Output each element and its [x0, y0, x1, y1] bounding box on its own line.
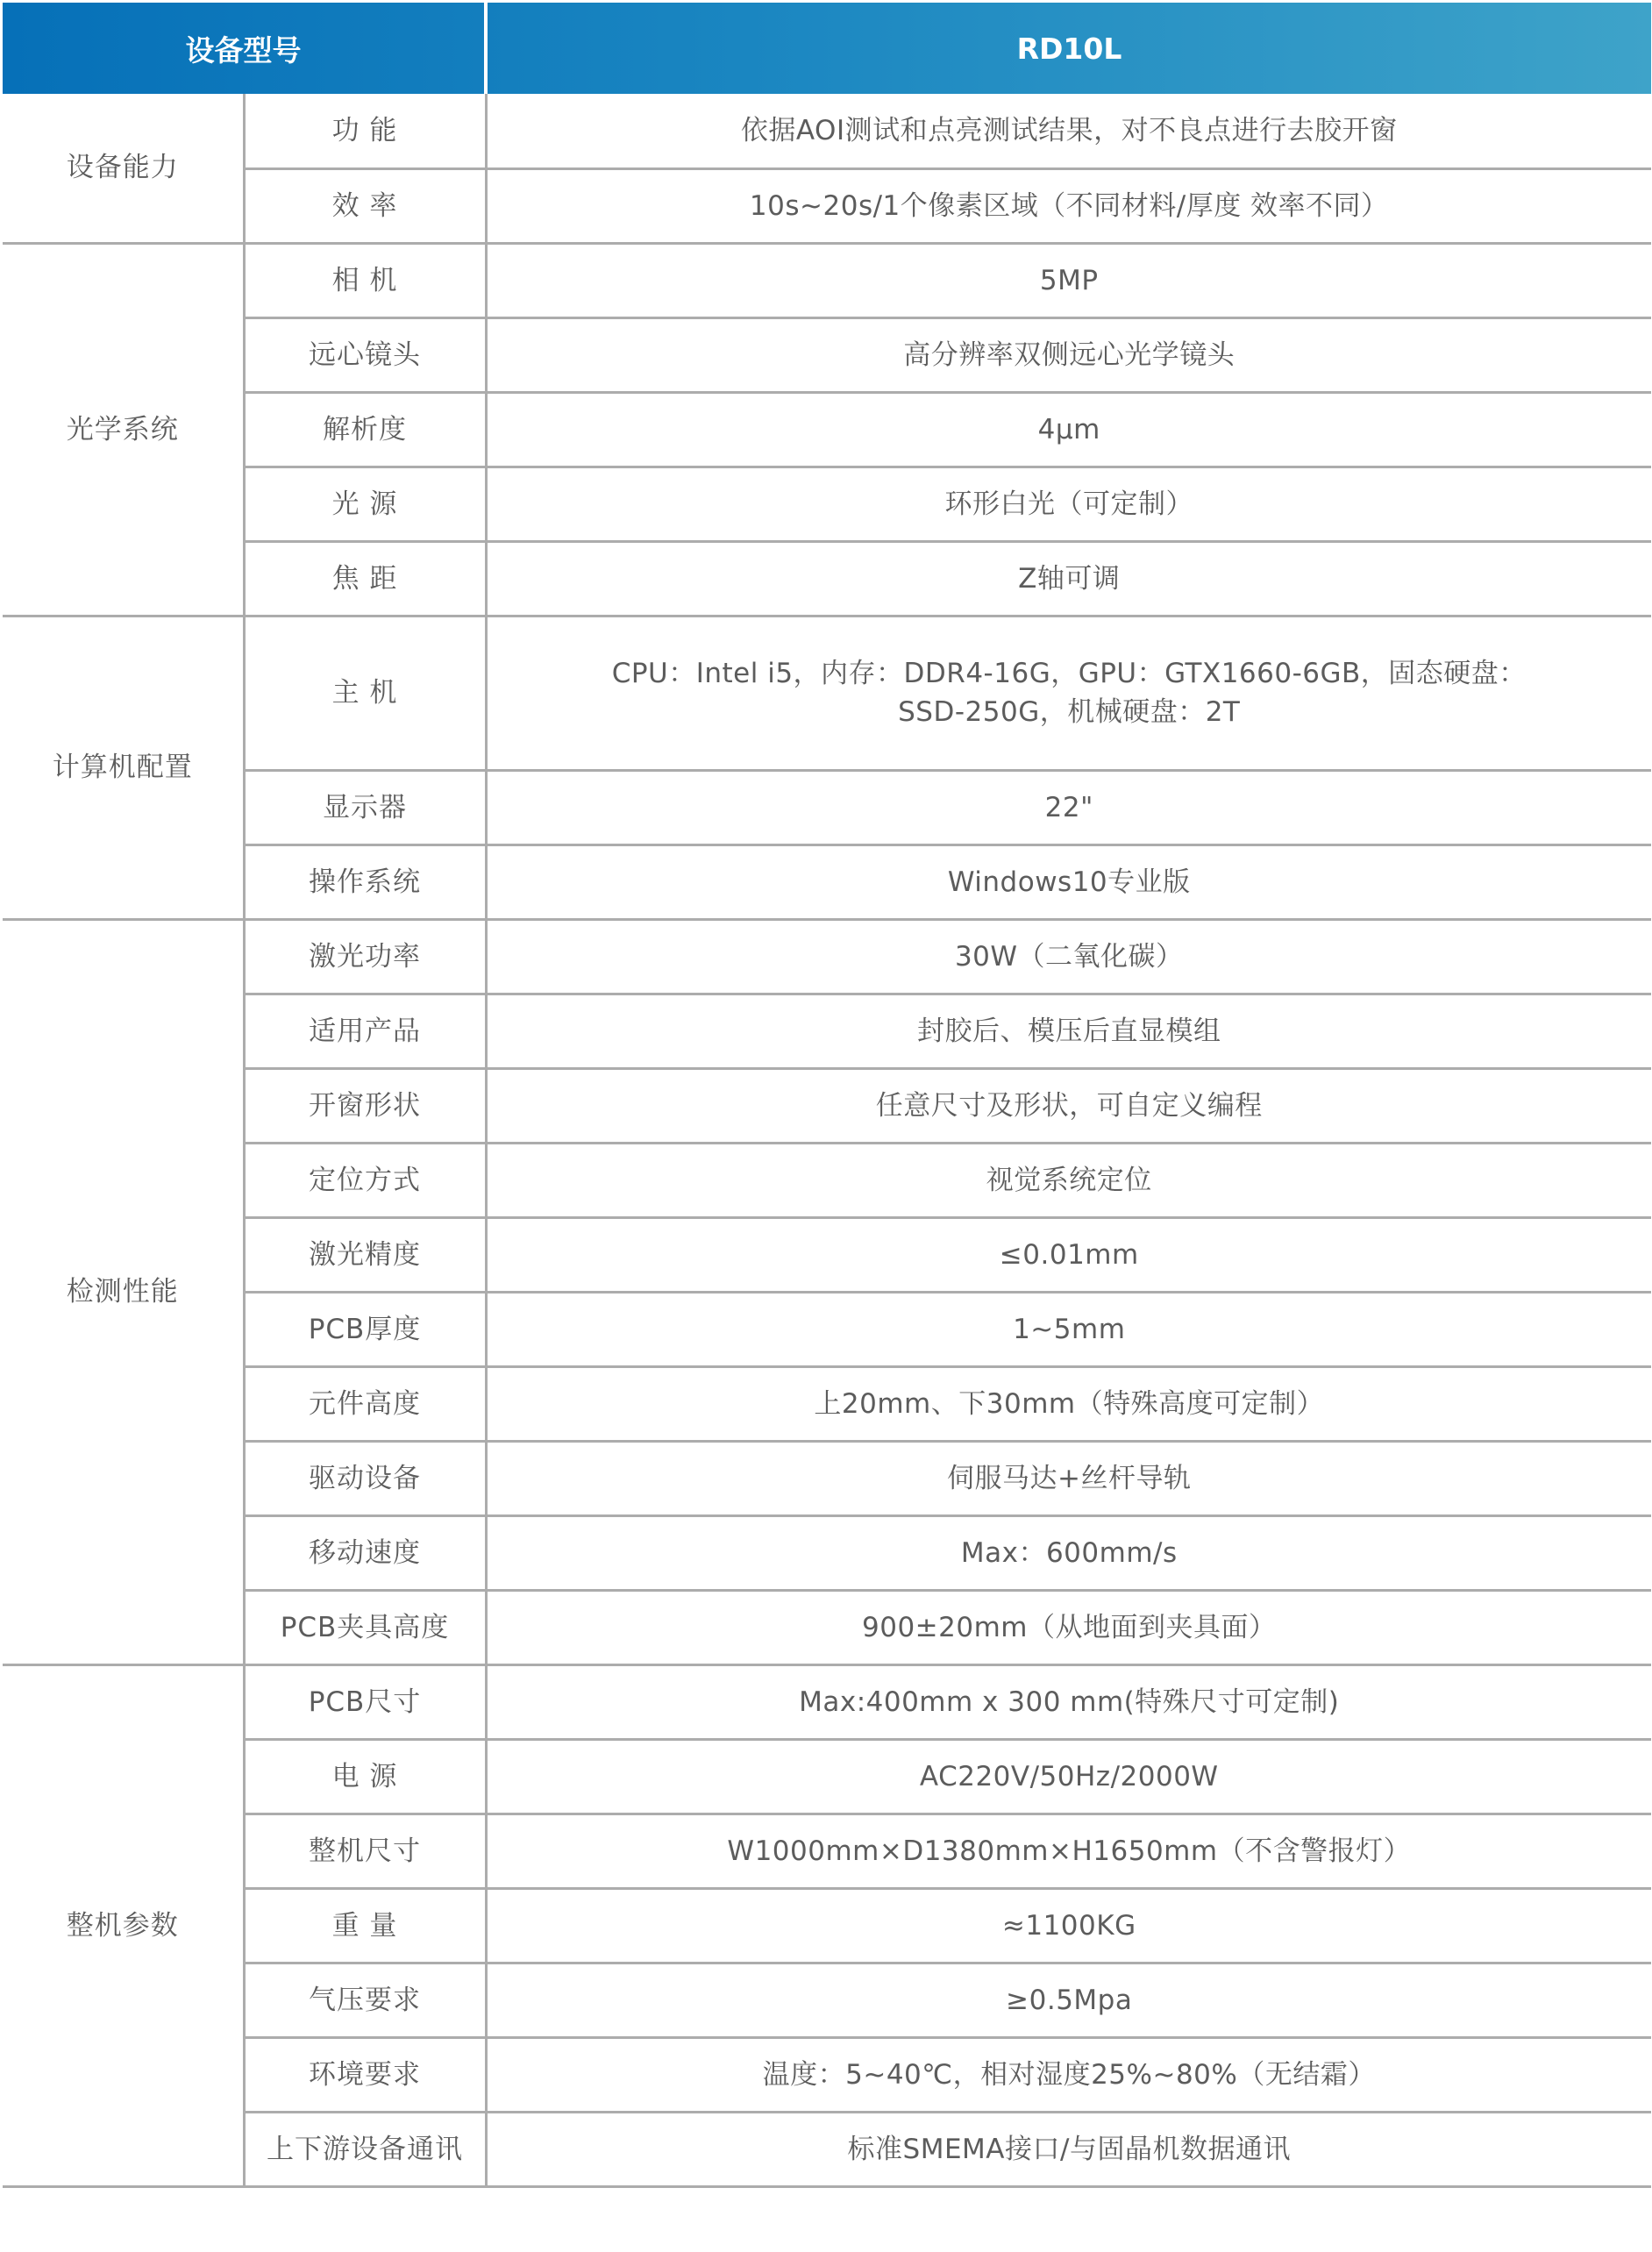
table-row: 元件高度 上20mm、下30mm（特殊高度可定制）	[3, 1366, 1651, 1441]
category-cell: 光学系统	[3, 243, 244, 616]
row-label: 适用产品	[244, 994, 486, 1068]
row-value: ≥0.5Mpa	[486, 1963, 1651, 2037]
table-row: 计算机配置 主 机 CPU：Intel i5，内存：DDR4-16G，GPU：G…	[3, 616, 1651, 770]
category-cell: 检测性能	[3, 919, 244, 1664]
table-row: 检测性能 激光功率 30W（二氧化碳）	[3, 919, 1651, 994]
spec-table: 设备型号 RD10L 设备能力 功 能 依据AOI测试和点亮测试结果，对不良点进…	[3, 3, 1651, 2188]
row-label: 远心镜头	[244, 317, 486, 392]
row-label: 气压要求	[244, 1963, 486, 2037]
row-value: 1~5mm	[486, 1292, 1651, 1366]
table-row: 电 源 AC220V/50Hz/2000W	[3, 1739, 1651, 1814]
row-value: AC220V/50Hz/2000W	[486, 1739, 1651, 1814]
row-value: Max：600mm/s	[486, 1515, 1651, 1590]
row-label: 上下游设备通讯	[244, 2112, 486, 2186]
row-label: PCB尺寸	[244, 1664, 486, 1739]
header-row: 设备型号 RD10L	[3, 3, 1651, 94]
table-row: 适用产品 封胶后、模压后直显模组	[3, 994, 1651, 1068]
table-row: 设备能力 功 能 依据AOI测试和点亮测试结果，对不良点进行去胶开窗	[3, 94, 1651, 168]
row-label: 激光功率	[244, 919, 486, 994]
row-value: 依据AOI测试和点亮测试结果，对不良点进行去胶开窗	[486, 94, 1651, 168]
table-row: 光学系统 相 机 5MP	[3, 243, 1651, 317]
row-label: 效 率	[244, 168, 486, 243]
row-label: 相 机	[244, 243, 486, 317]
row-label: 操作系统	[244, 844, 486, 919]
row-value: Max:400mm x 300 mm(特殊尺寸可定制)	[486, 1664, 1651, 1739]
row-label: 光 源	[244, 467, 486, 541]
table-row: 远心镜头 高分辨率双侧远心光学镜头	[3, 317, 1651, 392]
row-value-line: CPU：Intel i5，内存：DDR4-16G，GPU：GTX1660-6GB…	[505, 654, 1634, 693]
row-value: 4μm	[486, 392, 1651, 467]
table-row: 移动速度 Max：600mm/s	[3, 1515, 1651, 1590]
row-value: Z轴可调	[486, 541, 1651, 616]
row-value: 10s~20s/1个像素区域（不同材料/厚度 效率不同）	[486, 168, 1651, 243]
table-row: 重 量 ≈1100KG	[3, 1888, 1651, 1963]
row-label: PCB厚度	[244, 1292, 486, 1366]
table-row: 环境要求 温度：5~40℃，相对湿度25%~80%（无结霜）	[3, 2037, 1651, 2112]
table-row: 操作系统 Windows10专业版	[3, 844, 1651, 919]
table-row: 上下游设备通讯 标准SMEMA接口/与固晶机数据通讯	[3, 2112, 1651, 2186]
row-label: 环境要求	[244, 2037, 486, 2112]
row-value: 高分辨率双侧远心光学镜头	[486, 317, 1651, 392]
table-row: 驱动设备 伺服马达+丝杆导轨	[3, 1441, 1651, 1515]
row-value: ≈1100KG	[486, 1888, 1651, 1963]
row-label: 元件高度	[244, 1366, 486, 1441]
table-row: 定位方式 视觉系统定位	[3, 1143, 1651, 1217]
row-label: 电 源	[244, 1739, 486, 1814]
row-value: W1000mm×D1380mm×H1650mm（不含警报灯）	[486, 1814, 1651, 1888]
table-row: 效 率 10s~20s/1个像素区域（不同材料/厚度 效率不同）	[3, 168, 1651, 243]
category-cell: 设备能力	[3, 94, 244, 243]
row-value: 5MP	[486, 243, 1651, 317]
row-label: 移动速度	[244, 1515, 486, 1590]
table-row: PCB夹具高度 900±20mm（从地面到夹具面）	[3, 1590, 1651, 1664]
table-row: 整机参数 PCB尺寸 Max:400mm x 300 mm(特殊尺寸可定制)	[3, 1664, 1651, 1739]
table-row: 开窗形状 任意尺寸及形状，可自定义编程	[3, 1068, 1651, 1143]
category-cell: 计算机配置	[3, 616, 244, 919]
header-device-model-label: 设备型号	[3, 3, 486, 94]
table-row: 气压要求 ≥0.5Mpa	[3, 1963, 1651, 2037]
table-row: 激光精度 ≤0.01mm	[3, 1217, 1651, 1292]
row-value: ≤0.01mm	[486, 1217, 1651, 1292]
row-label: PCB夹具高度	[244, 1590, 486, 1664]
row-value: 900±20mm（从地面到夹具面）	[486, 1590, 1651, 1664]
row-label: 激光精度	[244, 1217, 486, 1292]
row-label: 驱动设备	[244, 1441, 486, 1515]
row-value: 伺服马达+丝杆导轨	[486, 1441, 1651, 1515]
table-header: 设备型号 RD10L	[3, 3, 1651, 94]
table-row: PCB厚度 1~5mm	[3, 1292, 1651, 1366]
row-value: 标准SMEMA接口/与固晶机数据通讯	[486, 2112, 1651, 2186]
row-label: 显示器	[244, 770, 486, 844]
row-value: 30W（二氧化碳）	[486, 919, 1651, 994]
row-value: 22"	[486, 770, 1651, 844]
header-model-name: RD10L	[486, 3, 1651, 94]
row-value: 视觉系统定位	[486, 1143, 1651, 1217]
table-row: 光 源 环形白光（可定制）	[3, 467, 1651, 541]
table-row: 焦 距 Z轴可调	[3, 541, 1651, 616]
row-label: 开窗形状	[244, 1068, 486, 1143]
category-cell: 整机参数	[3, 1664, 244, 2186]
row-value: 温度：5~40℃，相对湿度25%~80%（无结霜）	[486, 2037, 1651, 2112]
row-value: 环形白光（可定制）	[486, 467, 1651, 541]
row-label: 定位方式	[244, 1143, 486, 1217]
row-label: 主 机	[244, 616, 486, 770]
row-value-line: SSD-250G，机械硬盘：2T	[505, 693, 1634, 731]
row-label: 重 量	[244, 1888, 486, 1963]
row-value: Windows10专业版	[486, 844, 1651, 919]
row-value: CPU：Intel i5，内存：DDR4-16G，GPU：GTX1660-6GB…	[486, 616, 1651, 770]
row-label: 焦 距	[244, 541, 486, 616]
row-label: 解析度	[244, 392, 486, 467]
row-value: 上20mm、下30mm（特殊高度可定制）	[486, 1366, 1651, 1441]
row-label: 功 能	[244, 94, 486, 168]
row-label: 整机尺寸	[244, 1814, 486, 1888]
row-value: 任意尺寸及形状，可自定义编程	[486, 1068, 1651, 1143]
row-value: 封胶后、模压后直显模组	[486, 994, 1651, 1068]
table-row: 解析度 4μm	[3, 392, 1651, 467]
table-row: 整机尺寸 W1000mm×D1380mm×H1650mm（不含警报灯）	[3, 1814, 1651, 1888]
table-row: 显示器 22"	[3, 770, 1651, 844]
